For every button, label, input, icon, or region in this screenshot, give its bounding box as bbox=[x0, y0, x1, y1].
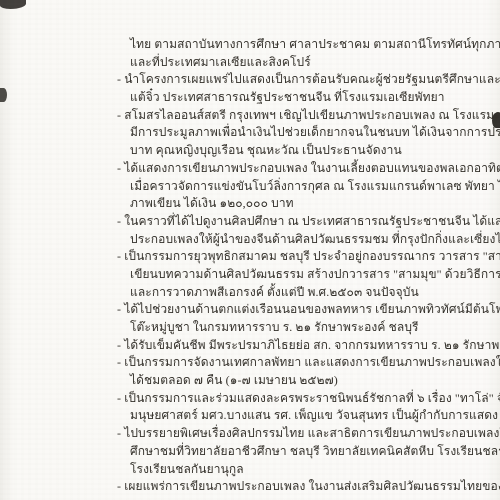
text-line: - ได้ไปช่วยงานด้านตกแต่งเรือนนอนของพลทหา… bbox=[130, 301, 472, 319]
text-line: - ได้รับเข็มคันชีพ มีพระปรมาภิไธยย่อ สก.… bbox=[130, 337, 472, 355]
text-line: เมื่อคราวจัดการแข่งขันโบว์ลิ่งการกุศล ณ … bbox=[130, 178, 472, 196]
scanned-page: ไทย ตามสถาบันทางการศึกษา ศาลาประชาคม ตาม… bbox=[0, 0, 500, 500]
text-line: - นำโครงการเผยแพร่ไปแสดงเป็นการต้อนรับคณ… bbox=[130, 71, 472, 89]
text-line: แต้จิ๋ว ประเทศสาธารณรัฐประชาชนจีน ที่โรง… bbox=[130, 89, 472, 107]
text-line: - เผยแพร่การเขียนภาพประกอบเพลง ในงานส่งเ… bbox=[130, 478, 472, 496]
text-line: ภาพเขียน ได้เงิน ๑๒๐,๐๐๐ บาท bbox=[130, 195, 472, 213]
text-line: และการวาดภาพสีเอกรงค์ ตั้งแต่ปี พ.ศ.๒๕๐๓… bbox=[130, 284, 472, 302]
text-line: - ได้แสดงการเขียนภาพประกอบเพลง ในงานเลี้… bbox=[130, 160, 472, 178]
text-line: โรงเรียนชลกันยานุกูล bbox=[130, 461, 472, 479]
text-line: - ในคราวที่ได้ไปดูงานศิลปศึกษา ณ ประเทศส… bbox=[130, 213, 472, 231]
text-line: ประกอบเพลงให้ผู้นำของจีนด้านศิลปวัฒนธรรม… bbox=[130, 231, 472, 249]
text-line: และที่ประเทศมาเลเซียและสิงคโปร์ bbox=[130, 54, 472, 72]
text-line: บาท คุณหญิงบุญเรือน ชุณหะวัณ เป็นประธานจ… bbox=[130, 142, 472, 160]
text-line: - เป็นกรรมการจัดงานเทศกาลพัทยา และแสดงกา… bbox=[130, 354, 472, 372]
text-line: ไทย ตามสถาบันทางการศึกษา ศาลาประชาคม ตาม… bbox=[130, 36, 472, 54]
document-text-block: ไทย ตามสถาบันทางการศึกษา ศาลาประชาคม ตาม… bbox=[0, 36, 500, 496]
text-line: มีการประมูลภาพเพื่อนำเงินไปช่วยเด็กยากจน… bbox=[130, 124, 472, 142]
text-line: - เป็นกรรมการยุวพุทธิกสมาคม ชลบุรี ประจำ… bbox=[130, 248, 472, 266]
text-line: เขียนบทความด้านศิลปวัฒนธรรม สร้างปกวารสา… bbox=[130, 266, 472, 284]
text-line: ได้ชมตลอด ๗ คืน (๑-๗ เมษายน ๒๕๒๗) bbox=[130, 372, 472, 390]
text-line: โต๊ะหมู่บูชา ในกรมทหารราบ ร. ๒๑ รักษาพระ… bbox=[130, 319, 472, 337]
text-line: ศึกษาชมที่วิทยาลัยอาชีวศึกษา ชลบุรี วิทย… bbox=[130, 443, 472, 461]
text-line: - เป็นกรรมการและร่วมแสดงละครพระราชนิพนธ์… bbox=[130, 390, 472, 408]
text-line: - สโมสรไลออนส์สตรี กรุงเทพฯ เชิญไปเขียนภ… bbox=[130, 107, 472, 125]
scan-artifact-top-left bbox=[0, 0, 26, 9]
text-line: มนุษยศาสตร์ มศว.บางแสน รศ. เพ็ญแข วัจนสุ… bbox=[130, 407, 472, 425]
text-line: - ไปบรรยายพิเศษเรื่องศิลปกรรมไทย และสาธิ… bbox=[130, 425, 472, 443]
